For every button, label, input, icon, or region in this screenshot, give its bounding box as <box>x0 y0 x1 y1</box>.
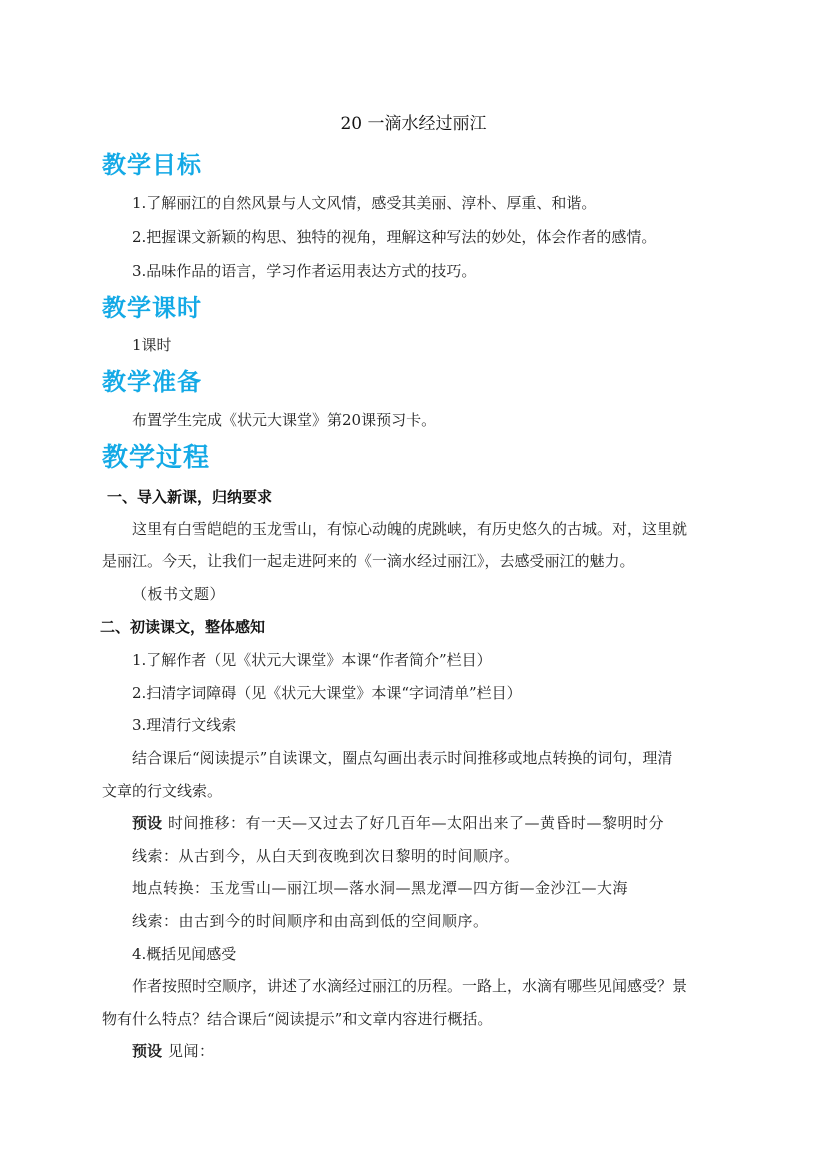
process-part2-heading: 二、初读课文，整体感知 <box>100 617 265 637</box>
place-shift-text: 地点转换：玉龙雪山—丽江坝—落水洞—黑龙潭—四方街—金沙江—大海 <box>132 878 628 898</box>
objective-item-1: 1.了解丽江的自然风景与人文风情，感受其美丽、淳朴、厚重、和谐。 <box>132 193 596 213</box>
objective-item-2: 2.把握课文新颖的构思、独特的视角，理解这种写法的妙处，体会作者的感情。 <box>132 227 656 247</box>
observations-label: 见闻： <box>168 1042 215 1060</box>
step4-paragraph-line2: 物有什么特点？结合课后“阅读提示”和文章内容进行概括。 <box>102 1009 492 1029</box>
part2-step3: 3.理清行文线索 <box>132 715 236 735</box>
preset-label: 预设 <box>132 814 162 832</box>
section-heading-objectives: 教学目标 <box>102 150 202 180</box>
part1-paragraph-line2: 是丽江。今天，让我们一起走进阿来的《一滴水经过丽江》，去感受丽江的魅力。 <box>102 551 635 571</box>
section-heading-periods: 教学课时 <box>102 293 202 323</box>
part2-step4: 4.概括见闻感受 <box>132 944 236 964</box>
place-clue-text: 线索：由古到今的时间顺序和由高到低的空间顺序。 <box>132 911 489 931</box>
preset-label-2: 预设 <box>132 1042 162 1060</box>
preparation-text: 布置学生完成《状元大课堂》第20课预习卡。 <box>132 410 436 430</box>
step3-paragraph-line1: 结合课后“阅读提示”自读课文，圈点勾画出表示时间推移或地点转换的词句，理清 <box>132 748 672 768</box>
preset-observations-line: 预设见闻： <box>132 1041 215 1061</box>
section-heading-preparation: 教学准备 <box>102 367 202 397</box>
section-heading-process: 教学过程 <box>102 443 210 473</box>
document-page: 20 一滴水经过丽江 教学目标 1.了解丽江的自然风景与人文风情，感受其美丽、淳… <box>0 0 827 1169</box>
periods-text: 1课时 <box>132 335 172 355</box>
objective-item-3: 3.品味作品的语言，学习作者运用表达方式的技巧。 <box>132 261 476 281</box>
part2-step2: 2.扫清字词障碍（见《状元大课堂》本课“字词清单”栏目） <box>132 683 522 703</box>
document-title: 20 一滴水经过丽江 <box>0 113 827 135</box>
process-part1-heading: 一、导入新课，归纳要求 <box>107 487 272 507</box>
preset-time-shift-line: 预设时间推移：有一天—又过去了好几百年—太阳出来了—黄昏时—黎明时分 <box>132 813 664 833</box>
step4-paragraph-line1: 作者按照时空顺序，讲述了水滴经过丽江的历程。一路上，水滴有哪些见闻感受？景 <box>132 976 687 996</box>
time-shift-text: 时间推移：有一天—又过去了好几百年—太阳出来了—黄昏时—黎明时分 <box>168 814 664 832</box>
part2-step1: 1.了解作者（见《状元大课堂》本课“作者简介”栏目） <box>132 650 492 670</box>
part1-paragraph-line1: 这里有白雪皑皑的玉龙雪山，有惊心动魄的虎跳峡，有历史悠久的古城。对，这里就 <box>132 519 687 539</box>
part1-blackboard-note: （板书文题） <box>132 584 225 604</box>
time-clue-text: 线索：从古到今，从白天到夜晚到次日黎明的时间顺序。 <box>132 846 520 866</box>
step3-paragraph-line2: 文章的行文线索。 <box>102 781 222 801</box>
